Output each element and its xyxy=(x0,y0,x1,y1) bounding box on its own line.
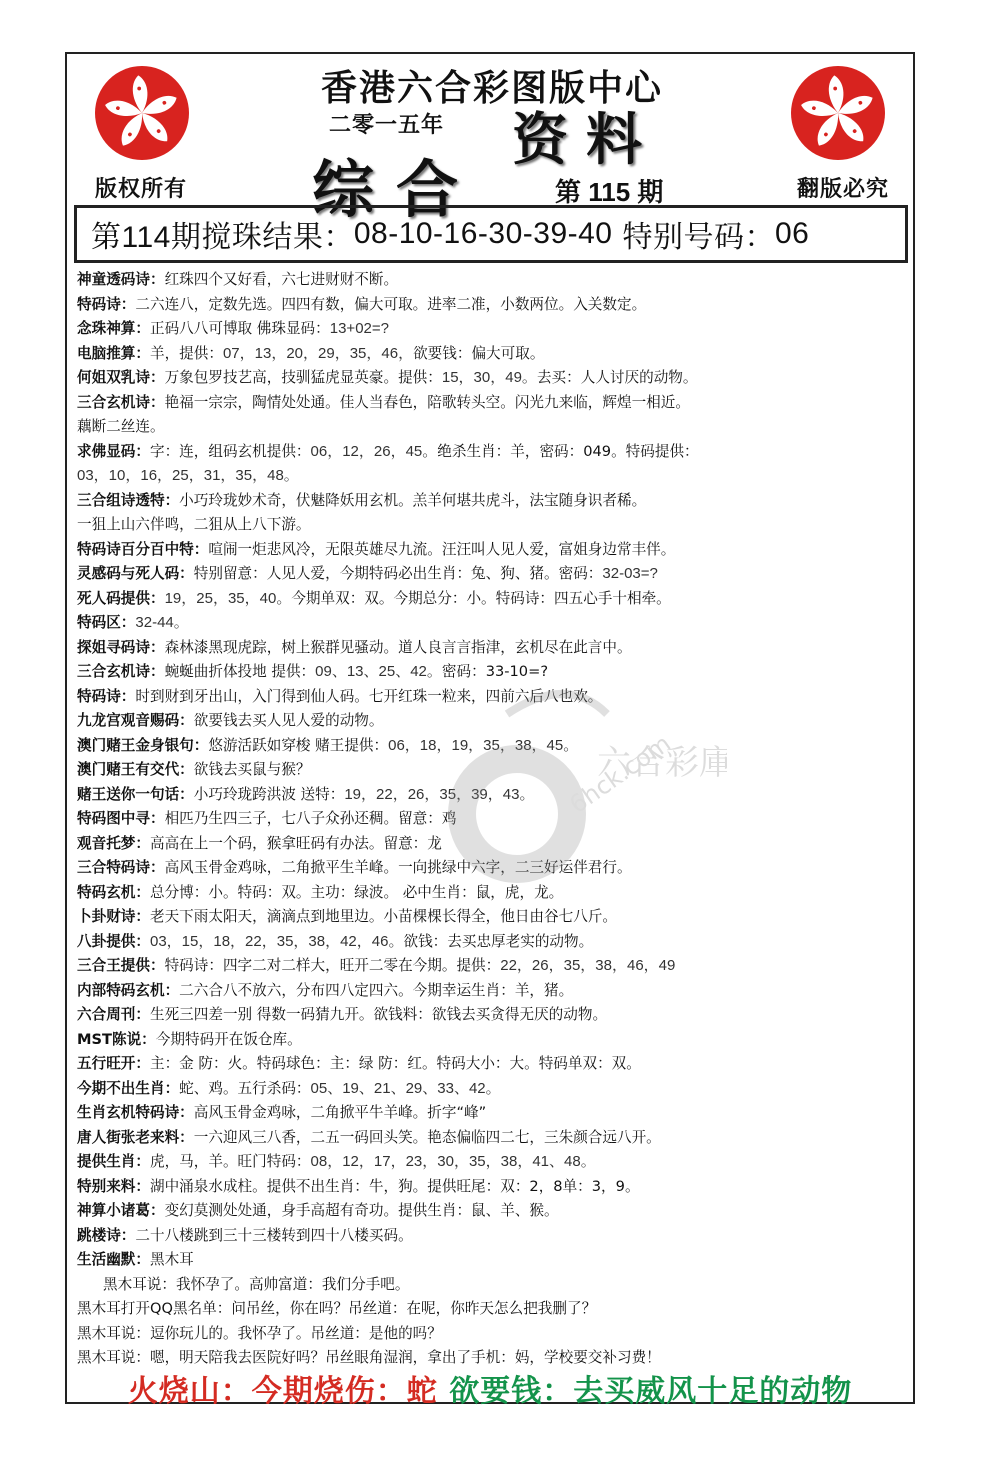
line-text: 小巧玲珑跨洪波 送特： xyxy=(194,786,345,803)
line-label: 澳门赌王金身银句： xyxy=(77,737,208,754)
year-label: 二零一五年 xyxy=(329,108,444,139)
line-numbers: 32-44。 xyxy=(135,614,188,631)
line-text: 蛇、鸡。五行杀码： xyxy=(179,1080,310,1097)
line-label: 特码诗： xyxy=(77,296,135,313)
line-text: 去买：人人讨厌的动物。 xyxy=(537,369,698,386)
line-text: 欲钱去买鼠与猴？ xyxy=(194,761,311,778)
footer-green-text: 欲要钱：去买威风十足的动物 xyxy=(449,1374,852,1409)
bauhinia-logo-icon xyxy=(791,66,885,160)
line-text: 老天下雨太阳天，滴滴点到地里边。小苗棵棵长得全，他日由谷七八斤。 xyxy=(150,908,617,925)
text-line: 特别来料：湖中涌泉水成柱。提供不出生肖：牛，狗。提供旺尾：双：2，8单：3，9。 xyxy=(77,1175,907,1200)
text-line: 特码诗百分百中特：喧闹一炬悲风冷，无限英雄尽九流。汪汪叫人见人爱，富姐身边常丰伴… xyxy=(77,538,907,563)
line-label: 探姐寻码诗： xyxy=(77,639,165,656)
text-line: 六合周刊：生死三四差一别 得数一码猜九开。欲钱料：欲钱去买贪得无厌的动物。 xyxy=(77,1003,907,1028)
text-line: 五行旺开：主：金 防：火。特码球色：主：绿 防：红。特码大小：大。特码单双：双。 xyxy=(77,1052,907,1077)
line-numbers: 06，12，26，45。 xyxy=(311,443,438,460)
line-label: 特码诗百分百中特： xyxy=(77,541,208,558)
line-text: 森林漆黑现虎踪，树上猴群见骚动。道人良言言指津，玄机尽在此言中。 xyxy=(165,639,632,656)
line-label: 唐人街张老来料： xyxy=(77,1129,194,1146)
line-text: 密码：33-10=? xyxy=(442,663,548,680)
page-title: 香港六合彩图版中心 xyxy=(252,60,732,111)
line-label: 赌王送你一句话： xyxy=(77,786,194,803)
text-line: 今期不出生肖：蛇、鸡。五行杀码：05、19、21、29、33、42。 xyxy=(77,1077,907,1102)
line-label: 电脑推算： xyxy=(77,345,150,362)
line-numbers: 05、19、21、29、33、42。 xyxy=(311,1080,501,1097)
line-text: 今期单双：双。今期总分：小。特码诗：四五心手十相牵。 xyxy=(291,590,670,607)
text-line: 澳门赌王金身银句：悠游活跃如穿梭 赌王提供：06，18，19，35，38，45。 xyxy=(77,734,907,759)
piracy-warning-label: 翻版必究 xyxy=(797,172,889,203)
text-line: 死人码提供：19，25，35，40。今期单双：双。今期总分：小。特码诗：四五心手… xyxy=(77,587,907,612)
line-label: 死人码提供： xyxy=(77,590,165,607)
line-text: 时到财到牙出山，入门得到仙人码。七开红珠一粒来，四前六后八也欢。 xyxy=(135,688,602,705)
text-line: 03，10，16，25，31，35，48。 xyxy=(77,464,907,489)
line-text: 总分博：小。特码：双。主功：绿波。 必中生肖：鼠，虎，龙。 xyxy=(150,884,563,901)
line-text: 二十八楼跳到三十三楼转到四十八楼买码。 xyxy=(135,1227,412,1244)
line-numbers: 06，18，19，35，38，45。 xyxy=(388,737,578,754)
line-label: 特码图中寻： xyxy=(77,810,165,827)
line-text: 二六连八，定数先选。四四有数，偏大可取。进率二准，小数两位。入关数定。 xyxy=(135,296,646,313)
issue-number: 第 115 期 xyxy=(555,172,663,209)
line-text: 黑木耳说：我怀孕了。高帅富道：我们分手吧。 xyxy=(103,1276,409,1293)
line-label: 八卦提供： xyxy=(77,933,150,950)
line-label: 卜卦财诗： xyxy=(77,908,150,925)
line-text: 湖中涌泉水成柱。提供不出生肖：牛，狗。提供旺尾：双：2，8单：3，9。 xyxy=(150,1178,640,1195)
line-text: 相匹乃生四三子，七八子众孙还稠。留意：鸡 xyxy=(165,810,457,827)
line-text: 羊，提供： xyxy=(150,345,223,362)
text-line: 特码图中寻：相匹乃生四三子，七八子众孙还稠。留意：鸡 xyxy=(77,807,907,832)
text-line: 内部特码玄机：二六合八不放六，分布四八定四六。今期幸运生肖：羊，猪。 xyxy=(77,979,907,1004)
content-list: 神童透码诗：红珠四个又好看，六七进财财不断。特码诗：二六连八，定数先选。四四有数… xyxy=(77,268,907,1371)
line-numbers: 09、13、25、42。 xyxy=(315,663,442,680)
line-text: 虎，马，羊。旺门特码： xyxy=(150,1153,311,1170)
line-text: 欲要钱去买人见人爱的动物。 xyxy=(194,712,384,729)
text-line: 求佛显码：字：连，组码玄机提供：06，12，26，45。绝杀生肖：羊，密码：04… xyxy=(77,440,907,465)
line-text: 主：金 防：火。特码球色：主：绿 防：红。特码大小：大。特码单双：双。 xyxy=(150,1055,641,1072)
line-numbers: 08，12，17，23，30，35，38，41、48。 xyxy=(311,1153,596,1170)
line-text: 悠游活跃如穿梭 赌王提供： xyxy=(208,737,388,754)
line-label: MST陈说： xyxy=(77,1031,156,1048)
line-numbers: 03，10，16，25，31，35，48。 xyxy=(77,467,299,484)
line-label: 跳楼诗： xyxy=(77,1227,135,1244)
text-line: 一狙上山六伴鸣，二狙从上八下游。 xyxy=(77,513,907,538)
subtitle-top: 资料 xyxy=(512,96,660,176)
line-text: 正码八八可博取 佛珠显码： xyxy=(150,320,330,337)
line-text: 欲要钱：偏大可取。 xyxy=(413,345,544,362)
text-line: 生活幽默：黑木耳 xyxy=(77,1248,907,1273)
text-line: 九龙宫观音赐码：欲要钱去买人见人爱的动物。 xyxy=(77,709,907,734)
text-line: 三合组诗透特：小巧玲珑妙术奇，伏魅降妖用玄机。羔羊何堪共虎斗，法宝随身识者稀。 xyxy=(77,489,907,514)
line-label: 观音托梦： xyxy=(77,835,150,852)
footer-red-text: 火烧山：今期烧伤：蛇 xyxy=(128,1374,438,1409)
line-numbers: 22，26，35，38，46，49 xyxy=(500,957,675,974)
line-label: 九龙宫观音赐码： xyxy=(77,712,194,729)
line-label: 三合玄机诗： xyxy=(77,663,165,680)
line-text: 今期特码开在饭仓库。 xyxy=(156,1031,302,1048)
line-text: 特码诗：四字二对二样大，旺开二零在今期。提供： xyxy=(165,957,501,974)
line-label: 何姐双乳诗： xyxy=(77,369,165,386)
line-label: 今期不出生肖： xyxy=(77,1080,179,1097)
draw-result-numbers: 08-10-16-30-39-40 xyxy=(354,217,613,251)
text-line: 黑木耳说：我怀孕了。高帅富道：我们分手吧。 xyxy=(77,1273,907,1298)
line-label: 特码诗： xyxy=(77,688,135,705)
line-text: 喧闹一炬悲风冷，无限英雄尽九流。汪汪叫人见人爱，富姐身边常丰伴。 xyxy=(208,541,675,558)
text-line: 特码玄机：总分博：小。特码：双。主功：绿波。 必中生肖：鼠，虎，龙。 xyxy=(77,881,907,906)
draw-result-box: 第114期搅珠结果： 08-10-16-30-39-40 特别号码： 06 xyxy=(74,205,908,263)
text-line: 澳门赌王有交代：欲钱去买鼠与猴？ xyxy=(77,758,907,783)
text-line: 三合玄机诗：蜿蜒曲折体投地 提供：09、13、25、42。密码：33-10=? xyxy=(77,660,907,685)
draw-result-label: 第114期搅珠结果： xyxy=(91,212,354,256)
line-numbers: 15，30，49。 xyxy=(442,369,537,386)
text-line: 电脑推算：羊，提供：07，13，20，29，35，46，欲要钱：偏大可取。 xyxy=(77,342,907,367)
line-label: 三合王提供： xyxy=(77,957,165,974)
line-text: 黑木耳说：嗯，明天陪我去医院好吗？吊丝眼角湿润，拿出了手机：妈，学校要交补习费！ xyxy=(77,1349,661,1366)
text-line: 三合特码诗：高风玉骨金鸡咏，二角掀平生羊峰。一向挑绿中六字，二三好运伴君行。 xyxy=(77,856,907,881)
line-label: 特码区： xyxy=(77,614,135,631)
line-label: 生肖玄机特码诗： xyxy=(77,1104,194,1121)
text-line: 藕断二丝连。 xyxy=(77,415,907,440)
line-label: 灵感码与死人码： xyxy=(77,565,194,582)
text-line: MST陈说：今期特码开在饭仓库。 xyxy=(77,1028,907,1053)
line-label: 提供生肖： xyxy=(77,1153,150,1170)
line-text: 特别留意：人见人爱，今期特码必出生肖：兔、狗、猪。密码： xyxy=(194,565,603,582)
line-label: 念珠神算： xyxy=(77,320,150,337)
line-label: 神童透码诗： xyxy=(77,271,165,288)
line-label: 三合玄机诗： xyxy=(77,394,165,411)
line-text: 二六合八不放六，分布四八定四六。今期幸运生肖：羊，猪。 xyxy=(179,982,573,999)
line-text: 一狙上山六伴鸣，二狙从上八下游。 xyxy=(77,516,311,533)
line-label: 特码玄机： xyxy=(77,884,150,901)
text-line: 神算小诸葛：变幻莫测处处通，身手高超有奇功。提供生肖：鼠、羊、猴。 xyxy=(77,1199,907,1224)
line-numbers: 13+02=? xyxy=(330,320,389,337)
line-text: 高风玉骨金鸡咏，二角掀平牛羊峰。折字“峰” xyxy=(194,1104,486,1121)
text-line: 黑木耳打开QQ黑名单：问吊丝，你在吗？吊丝道：在呢，你昨天怎么把我删了？ xyxy=(77,1297,907,1322)
line-numbers: 32-03=? xyxy=(602,565,657,582)
line-label: 神算小诸葛： xyxy=(77,1202,165,1219)
text-line: 黑木耳说：逗你玩儿的。我怀孕了。吊丝道：是他的吗？ xyxy=(77,1322,907,1347)
line-text: 艳福一宗宗，陶情处处通。佳人当春色，陪歌转头空。闪光九来临，辉煌一相近。 xyxy=(165,394,690,411)
text-line: 探姐寻码诗：森林漆黑现虎踪，树上猴群见骚动。道人良言言指津，玄机尽在此言中。 xyxy=(77,636,907,661)
line-text: 蜿蜒曲折体投地 提供： xyxy=(165,663,316,680)
text-line: 灵感码与死人码：特别留意：人见人爱，今期特码必出生肖：兔、狗、猪。密码：32-0… xyxy=(77,562,907,587)
bauhinia-logo-icon xyxy=(95,66,189,160)
line-text: 欲钱：去买忠厚老实的动物。 xyxy=(403,933,593,950)
line-text: 高高在上一个码，猴拿旺码有办法。留意：龙 xyxy=(150,835,442,852)
line-text: 黑木耳说：逗你玩儿的。我怀孕了。吊丝道：是他的吗？ xyxy=(77,1325,442,1342)
text-line: 生肖玄机特码诗：高风玉骨金鸡咏，二角掀平牛羊峰。折字“峰” xyxy=(77,1101,907,1126)
header: 香港六合彩图版中心 二零一五年 资料 综合 第 115 期 版权所有 翻版必究 xyxy=(67,54,913,204)
copyright-label: 版权所有 xyxy=(95,172,187,203)
line-text: 生死三四差一别 得数一码猜九开。欲钱料：欲钱去买贪得无厌的动物。 xyxy=(150,1006,607,1023)
line-text: 小巧玲珑妙术奇，伏魅降妖用玄机。羔羊何堪共虎斗，法宝随身识者稀。 xyxy=(179,492,646,509)
footer-banner: 火烧山：今期烧伤：蛇 欲要钱：去买威风十足的动物 xyxy=(67,1366,913,1410)
text-line: 特码诗：时到财到牙出山，入门得到仙人码。七开红珠一粒来，四前六后八也欢。 xyxy=(77,685,907,710)
line-label: 特别来料： xyxy=(77,1178,150,1195)
line-label: 澳门赌王有交代： xyxy=(77,761,194,778)
line-numbers: 03，15，18，22，35，38，42，46。 xyxy=(150,933,403,950)
line-text: 黑木耳 xyxy=(150,1251,194,1268)
text-line: 唐人街张老来料：一六迎风三八香，二五一码回头笑。艳态偏临四二七，三朱颜合远八开。 xyxy=(77,1126,907,1151)
text-line: 特码诗：二六连八，定数先选。四四有数，偏大可取。进率二准，小数两位。入关数定。 xyxy=(77,293,907,318)
text-line: 念珠神算：正码八八可博取 佛珠显码：13+02=? xyxy=(77,317,907,342)
line-text: 一六迎风三八香，二五一码回头笑。艳态偏临四二七，三朱颜合远八开。 xyxy=(194,1129,661,1146)
text-line: 神童透码诗：红珠四个又好看，六七进财财不断。 xyxy=(77,268,907,293)
line-text: 万象包罗技艺高，技驯猛虎显英豪。提供： xyxy=(165,369,442,386)
text-line: 何姐双乳诗：万象包罗技艺高，技驯猛虎显英豪。提供：15，30，49。去买：人人讨… xyxy=(77,366,907,391)
line-label: 五行旺开： xyxy=(77,1055,150,1072)
line-text: 黑木耳打开QQ黑名单：问吊丝，你在吗？吊丝道：在呢，你昨天怎么把我删了？ xyxy=(77,1300,596,1317)
text-line: 八卦提供：03，15，18，22，35，38，42，46。欲钱：去买忠厚老实的动… xyxy=(77,930,907,955)
line-text: 红珠四个又好看，六七进财财不断。 xyxy=(165,271,399,288)
page-frame: 香港六合彩图版中心 二零一五年 资料 综合 第 115 期 版权所有 翻版必究 … xyxy=(65,52,915,1404)
text-line: 跳楼诗：二十八楼跳到三十三楼转到四十八楼买码。 xyxy=(77,1224,907,1249)
line-numbers: 07，13，20，29，35，46， xyxy=(223,345,413,362)
line-label: 六合周刊： xyxy=(77,1006,150,1023)
line-text: 字：连，组码玄机提供： xyxy=(150,443,311,460)
line-text: 藕断二丝连。 xyxy=(77,418,165,435)
line-text: 高风玉骨金鸡咏，二角掀平生羊峰。一向挑绿中六字，二三好运伴君行。 xyxy=(165,859,632,876)
text-line: 三合王提供：特码诗：四字二对二样大，旺开二零在今期。提供：22，26，35，38… xyxy=(77,954,907,979)
line-text: 绝杀生肖：羊，密码：049。特码提供： xyxy=(437,443,698,460)
line-label: 三合组诗透特： xyxy=(77,492,179,509)
text-line: 观音托梦：高高在上一个码，猴拿旺码有办法。留意：龙 xyxy=(77,832,907,857)
text-line: 特码区：32-44。 xyxy=(77,611,907,636)
text-line: 卜卦财诗：老天下雨太阳天，滴滴点到地里边。小苗棵棵长得全，他日由谷七八斤。 xyxy=(77,905,907,930)
special-number-label: 特别号码： xyxy=(623,212,776,256)
text-line: 提供生肖：虎，马，羊。旺门特码：08，12，17，23，30，35，38，41、… xyxy=(77,1150,907,1175)
line-numbers: 19，22，26，35，39，43。 xyxy=(344,786,534,803)
line-text: 变幻莫测处处通，身手高超有奇功。提供生肖：鼠、羊、猴。 xyxy=(165,1202,559,1219)
line-label: 三合特码诗： xyxy=(77,859,165,876)
special-number: 06 xyxy=(775,217,809,251)
line-numbers: 19，25，35，40。 xyxy=(165,590,292,607)
line-label: 求佛显码： xyxy=(77,443,150,460)
line-label: 内部特码玄机： xyxy=(77,982,179,999)
line-label: 生活幽默： xyxy=(77,1251,150,1268)
text-line: 三合玄机诗：艳福一宗宗，陶情处处通。佳人当春色，陪歌转头空。闪光九来临，辉煌一相… xyxy=(77,391,907,416)
text-line: 赌王送你一句话：小巧玲珑跨洪波 送特：19，22，26，35，39，43。 xyxy=(77,783,907,808)
